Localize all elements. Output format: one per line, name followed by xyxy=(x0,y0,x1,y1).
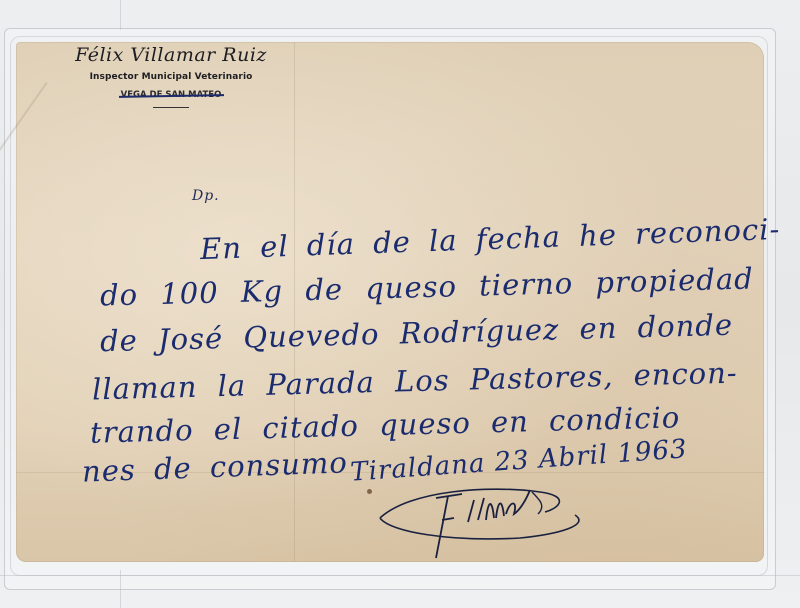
letterhead-title: Inspector Municipal Veterinario xyxy=(56,72,286,82)
letterhead-name: Félix Villamar Ruiz xyxy=(56,44,286,66)
background-crease xyxy=(0,575,800,576)
signature-flourish-icon xyxy=(370,470,600,560)
salutation: Dp. xyxy=(192,188,220,204)
letterhead-rule xyxy=(153,107,189,108)
letterhead-place-struck: VEGA DE SAN MATEO xyxy=(121,90,222,100)
letterhead: Félix Villamar Ruiz Inspector Municipal … xyxy=(56,44,286,108)
background-crease xyxy=(120,0,121,30)
